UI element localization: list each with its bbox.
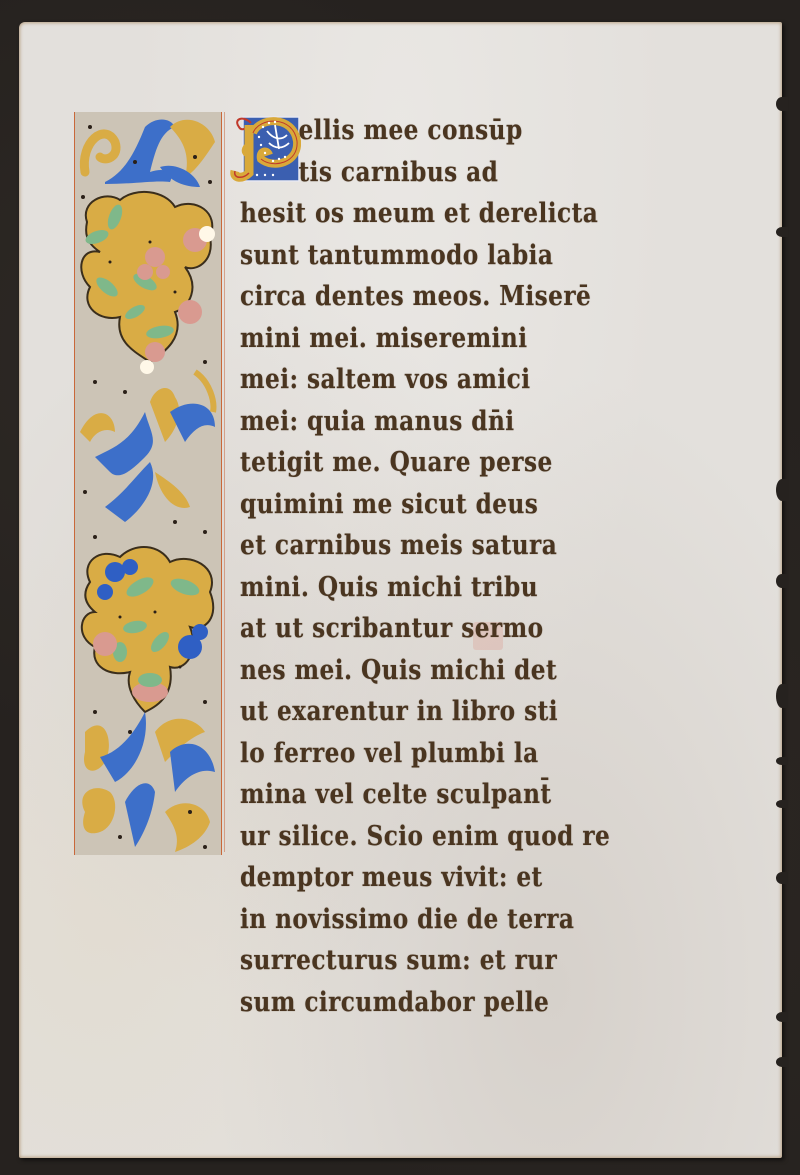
text-line: tetigit me. Quare perse xyxy=(240,442,601,484)
text-line: nes mei. Quis michi det xyxy=(240,650,601,692)
edge-damage xyxy=(776,684,788,708)
edge-damage xyxy=(776,1012,788,1022)
text-line: tis carnibus ad xyxy=(240,152,601,194)
edge-damage xyxy=(776,757,788,765)
edge-damage xyxy=(776,1057,788,1067)
text-line: ut exarentur in libro sti xyxy=(240,691,601,733)
text-line: mini mei. miseremini xyxy=(240,318,601,360)
text-line: sunt tantummodo labia xyxy=(240,235,601,277)
text-line: mini. Quis michi tribu xyxy=(240,567,601,609)
text-line: quimini me sicut deus xyxy=(240,484,601,526)
edge-damage xyxy=(776,574,788,588)
edge-damage xyxy=(776,97,788,111)
text-line: et carnibus meis satura xyxy=(240,525,601,567)
manuscript-text: ellis mee consūp tis carnibus ad hesit o… xyxy=(240,110,660,1023)
illuminated-border xyxy=(74,112,222,855)
text-line: sum circumdabor pelle xyxy=(240,982,601,1024)
text-line: circa dentes meos. Miserē xyxy=(240,276,601,318)
margin-ruling-line xyxy=(224,112,225,852)
text-line: mei: quia manus dn̄i xyxy=(240,401,601,443)
acanthus-floral-icon xyxy=(75,112,221,855)
edge-damage xyxy=(776,800,788,808)
text-line: hesit os meum et derelicta xyxy=(240,193,601,235)
text-line: mei: saltem vos amici xyxy=(240,359,601,401)
text-line: ellis mee consūp xyxy=(240,110,601,152)
edge-damage xyxy=(776,227,788,237)
text-line: demptor meus vivit: et xyxy=(240,857,601,899)
text-line: mina vel celte sculpant̄ xyxy=(240,774,601,816)
text-line: surrecturus sum: et rur xyxy=(240,940,601,982)
text-line: in novissimo die de terra xyxy=(240,899,601,941)
text-line: ur silice. Scio enim quod re xyxy=(240,816,601,858)
text-line: at ut scribantur sermo xyxy=(240,608,601,650)
text-line: lo ferreo vel plumbi la xyxy=(240,733,601,775)
edge-damage xyxy=(776,479,788,501)
edge-damage xyxy=(776,872,788,884)
